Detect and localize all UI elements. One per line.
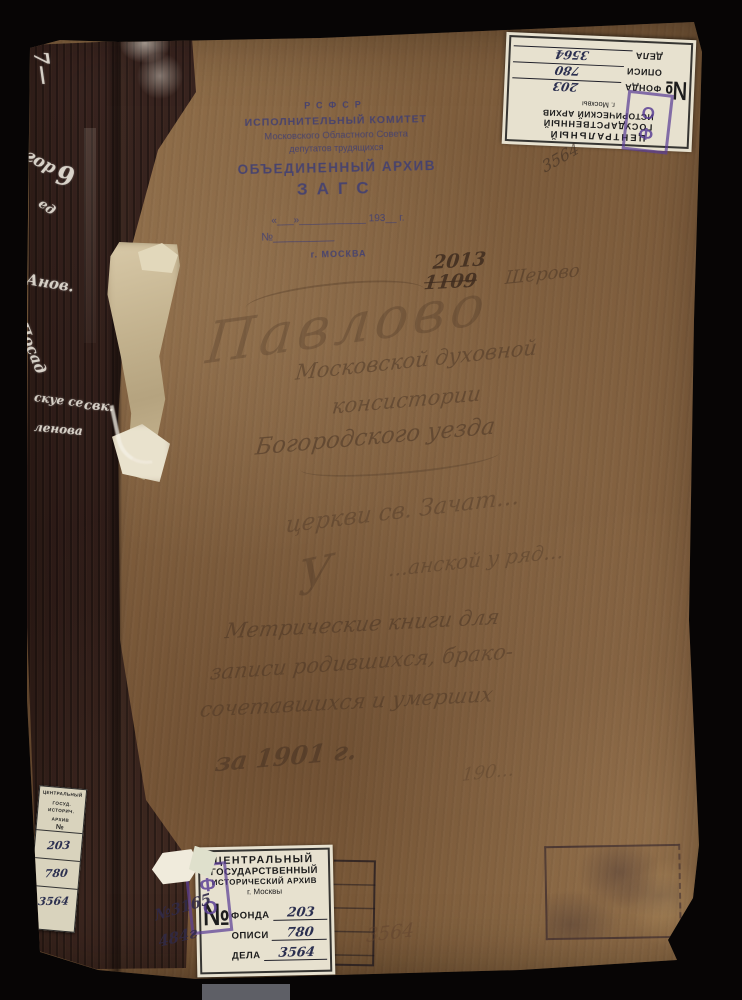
stamp-number-line: №__________ bbox=[229, 228, 447, 245]
spine-wear-streak bbox=[84, 128, 96, 343]
delo-value: 3564 bbox=[512, 45, 633, 62]
stamp-line: ЗАГС bbox=[228, 177, 446, 202]
fond-value: 203 bbox=[273, 907, 328, 921]
fond-row: ФОНДА 203 bbox=[231, 903, 327, 922]
delo-row: ДЕЛА 3564 bbox=[232, 943, 328, 962]
spine-label-header: ЦЕНТРАЛЬНЫЙ bbox=[39, 789, 85, 800]
delo-label: ДЕЛА bbox=[635, 51, 663, 62]
stamp-line: депутатов трудящихся bbox=[227, 141, 445, 156]
archive-label-bottom: ЦЕНТРАЛЬНЫЙ ГОСУДАРСТВЕННЫЙ ИСТОРИЧЕСКИЙ… bbox=[195, 845, 336, 978]
opis-label: ОПИСИ bbox=[231, 930, 268, 942]
fond-value: 203 bbox=[510, 77, 621, 93]
spine-opis-value: 780 bbox=[43, 867, 68, 880]
delo-label: ДЕЛА bbox=[232, 950, 261, 962]
spine-fond-row: 203 bbox=[34, 829, 82, 861]
book-cover: 7— гор 9 ед Анов. Посад скуе се свк. лен… bbox=[0, 0, 742, 1000]
opis-value: 780 bbox=[511, 61, 624, 78]
opis-row: ОПИСИ 780 bbox=[231, 923, 327, 942]
chalk-scuff-mark bbox=[136, 52, 184, 100]
zags-archive-stamp: РСФСР ИСПОЛНИТЕЛЬНЫЙ КОМИТЕТ Московского… bbox=[226, 90, 447, 262]
photo-stage: 7— гор 9 ед Анов. Посад скуе се свк. лен… bbox=[0, 0, 742, 1000]
label-rows: ФОНДА 203 ОПИСИ 780 ДЕЛА 3564 bbox=[231, 900, 328, 962]
label-body: № ФОНДА 203 ОПИСИ 780 ДЕЛА 3564 bbox=[511, 45, 689, 101]
archive-label-top-right: ЦЕНТРАЛЬНЫЙ ГОСУДАРСТВЕННЫЙ ИСТОРИЧЕСКИЙ… bbox=[502, 32, 697, 152]
scanner-edge-patch bbox=[202, 984, 290, 1000]
empty-stamp-outline bbox=[544, 844, 682, 940]
fond-label: ФОНДА bbox=[231, 910, 270, 922]
opis-label: ОПИСИ bbox=[626, 66, 662, 78]
stamp-line: ОБЪЕДИНЕННЫЙ АРХИВ bbox=[228, 158, 446, 178]
spine-opis-row: 780 bbox=[32, 857, 80, 889]
opis-value: 780 bbox=[272, 927, 328, 941]
delo-value: 3564 bbox=[264, 947, 329, 961]
spine-label-header: ГОСУД. ИСТОРИЧ. bbox=[38, 799, 85, 816]
stamp-line: ИСПОЛНИТЕЛЬНЫЙ КОМИТЕТ bbox=[227, 113, 445, 130]
handwritten-flourish: У bbox=[297, 544, 333, 609]
fo-oval-stamp: ФО bbox=[621, 90, 673, 155]
spine-delo-row: 3564 bbox=[29, 885, 77, 917]
spine-chalk-mark: 7— bbox=[29, 50, 57, 87]
stamp-date-line: «___»____________ 193__ г. bbox=[229, 212, 447, 228]
stamp-line: РСФСР bbox=[226, 98, 444, 113]
partially-hidden-stamp bbox=[332, 860, 376, 967]
spine-delo-value: 3564 bbox=[37, 895, 69, 909]
spine-fond-value: 203 bbox=[46, 839, 71, 852]
